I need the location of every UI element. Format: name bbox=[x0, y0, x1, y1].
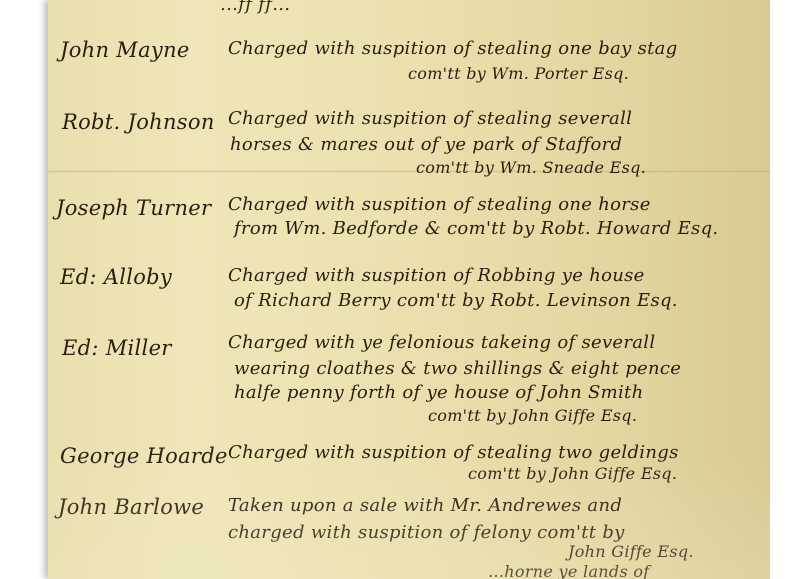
entry-name: George Hoarde bbox=[60, 444, 228, 468]
entry-charge-line: Charged with suspition of stealing one h… bbox=[228, 194, 651, 215]
entry-charge-line: Taken upon a sale with Mr. Andrewes and bbox=[228, 495, 622, 516]
entry-charge-line: Charged with ye felonious takeing of sev… bbox=[228, 332, 655, 353]
manuscript-page: …ff ff… John Mayne Charged with suspitio… bbox=[48, 0, 770, 579]
entry-name: Robt. Johnson bbox=[62, 110, 215, 134]
entry-name: Ed: Miller bbox=[62, 336, 172, 360]
entry-commitment: John Giffe Esq. bbox=[568, 542, 694, 561]
entry-commitment: com'tt by Wm. Porter Esq. bbox=[408, 64, 629, 83]
entry-charge-line: charged with suspition of felony com'tt … bbox=[228, 522, 625, 543]
top-fragment: …ff ff… bbox=[220, 0, 290, 15]
entry-charge-line: wearing cloathes & two shillings & eight… bbox=[234, 358, 681, 379]
entry-name: John Mayne bbox=[60, 38, 190, 62]
entry-commitment: com'tt by Wm. Sneade Esq. bbox=[416, 158, 646, 177]
entry-commitment: com'tt by John Giffe Esq. bbox=[468, 464, 677, 483]
entry-charge-line: Charged with suspition of stealing one b… bbox=[228, 38, 678, 59]
entry-charge-line: Charged with suspition of Robbing ye hou… bbox=[228, 265, 645, 286]
entry-fragment: …horne ye lands of bbox=[488, 562, 650, 579]
entry-charge-line: of Richard Berry com'tt by Robt. Levinso… bbox=[234, 290, 678, 311]
entry-charge-line: horses & mares out of ye park of Staffor… bbox=[230, 134, 622, 155]
entry-name: John Barlowe bbox=[58, 495, 204, 519]
entry-charge-line: Charged with suspition of stealing two g… bbox=[228, 442, 679, 463]
entry-charge-line: halfe penny forth of ye house of John Sm… bbox=[234, 382, 643, 403]
entry-charge-line: from Wm. Bedforde & com'tt by Robt. Howa… bbox=[234, 218, 718, 239]
entry-charge-line: Charged with suspition of stealing sever… bbox=[228, 108, 632, 129]
entry-name: Ed: Alloby bbox=[60, 265, 172, 289]
entry-commitment: com'tt by John Giffe Esq. bbox=[428, 406, 637, 425]
entry-name: Joseph Turner bbox=[56, 196, 211, 220]
